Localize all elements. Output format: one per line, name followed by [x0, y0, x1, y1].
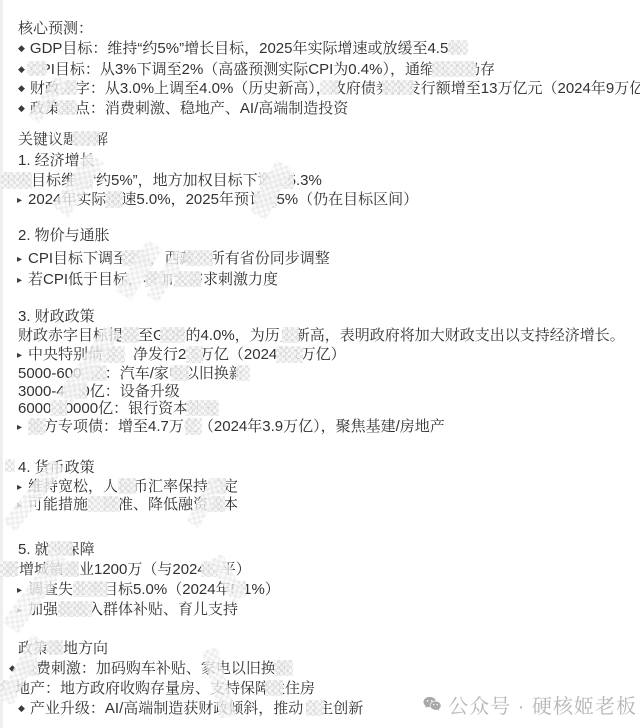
s3-bullet2-text: 地方专项债：增至4.7万亿（2024年3.9万亿），聚焦基建/房地产: [28, 418, 445, 435]
redaction-band: [250, 160, 292, 220]
redaction-patch: [265, 680, 283, 696]
triangle-bullet-icon: ▸: [17, 192, 22, 209]
redaction-patch: [276, 346, 303, 363]
redaction-patch: [5, 459, 15, 472]
s3-plain-line: 5000-6000亿：汽车/家电以旧换新: [18, 365, 244, 382]
policy-item: ◆消费刺激：加码购车补贴、家电以旧换新: [9, 660, 291, 677]
redaction-patch: [274, 660, 293, 676]
redaction-patch: [88, 496, 120, 512]
redaction-patch: [0, 561, 18, 577]
watermark-label: 公众号 · 硬核姬老板: [448, 690, 637, 719]
redaction-patch: [58, 601, 92, 617]
core-item-text-1: CPI目标：从3%下调至2%（高盛预测实际CPI为0.4%），通缩压力仍存: [30, 61, 495, 78]
redaction-patch: [160, 327, 185, 343]
redaction-patch: [175, 271, 201, 287]
redaction-patch: [46, 640, 63, 655]
redaction-patch: [186, 346, 203, 363]
core-item-text-3: 政策重点：消费刺激、稳地产、AI/高端制造投资: [30, 100, 348, 117]
redaction-patch: [185, 418, 202, 435]
redaction-patch: [27, 61, 47, 76]
redaction-patch: [432, 61, 476, 77]
s1-item-text-1: 2024年实际增速5.0%，2025年预计4.5%（仍在目标区间）: [28, 191, 418, 208]
redaction-patch: [28, 418, 46, 435]
s3-plain-line: 3000-4000亿：设备升级: [18, 383, 180, 400]
redaction-patch: [72, 131, 99, 146]
redaction-patch: [382, 80, 414, 95]
redaction-patch: [171, 365, 189, 381]
redaction-patch: [448, 40, 468, 55]
redaction-patch: [105, 191, 123, 208]
redaction-patch: [121, 327, 139, 343]
triangle-bullet-icon: ▸: [17, 251, 22, 268]
redaction-patch: [185, 250, 213, 266]
triangle-bullet-icon: ▸: [17, 419, 22, 436]
document-page: 核心预测： ◆GDP目标：维持“约5%”增长目标，2025年实际增速或放缓至4.…: [0, 0, 640, 728]
redaction-patch: [186, 400, 219, 416]
diamond-bullet-icon: ◆: [18, 61, 25, 78]
s2-heading: 2. 物价与通胀: [18, 227, 110, 244]
core-title: 核心预测：: [18, 20, 93, 37]
redaction-patch: [320, 80, 338, 95]
redaction-patch: [236, 365, 250, 381]
redaction-patch: [50, 400, 67, 416]
redaction-patch: [73, 581, 108, 597]
diamond-bullet-icon: ◆: [18, 700, 25, 717]
s3-heading: 3. 财政政策: [18, 308, 95, 325]
core-item: ◆CPI目标：从3%下调至2%（高盛预测实际CPI为0.4%），通缩压力仍存: [18, 61, 495, 78]
redaction-patch: [57, 100, 77, 115]
core-item: ◆GDP目标：维持“约5%”增长目标，2025年实际增速或放缓至4.5%: [18, 40, 462, 57]
redaction-patch: [306, 700, 324, 716]
triangle-bullet-icon: ▸: [17, 272, 22, 289]
diamond-bullet-icon: ◆: [18, 40, 25, 57]
core-item-text-0: GDP目标：维持“约5%”增长目标，2025年实际增速或放缓至4.5%: [30, 40, 462, 57]
wechat-icon: [423, 691, 441, 717]
triangle-bullet-icon: ▸: [17, 347, 22, 364]
watermark: 公众号 · 硬核姬老板: [423, 688, 637, 720]
diamond-bullet-icon: ◆: [18, 80, 25, 97]
triangle-bullet-icon: ▸: [17, 479, 22, 496]
diamond-bullet-icon: ◆: [18, 100, 25, 117]
policy-item-text-0: 消费刺激：加码购车补贴、家电以旧换新: [21, 660, 291, 677]
redaction-patch: [282, 327, 299, 343]
s5-item: ▸加强低收入群体补贴、育儿支持: [17, 601, 238, 619]
redaction-patch: [1, 172, 32, 189]
s3-item: ▸地方专项债：增至4.7万亿（2024年3.9万亿），聚焦基建/房地产: [17, 418, 445, 436]
redaction-patch: [118, 478, 136, 494]
